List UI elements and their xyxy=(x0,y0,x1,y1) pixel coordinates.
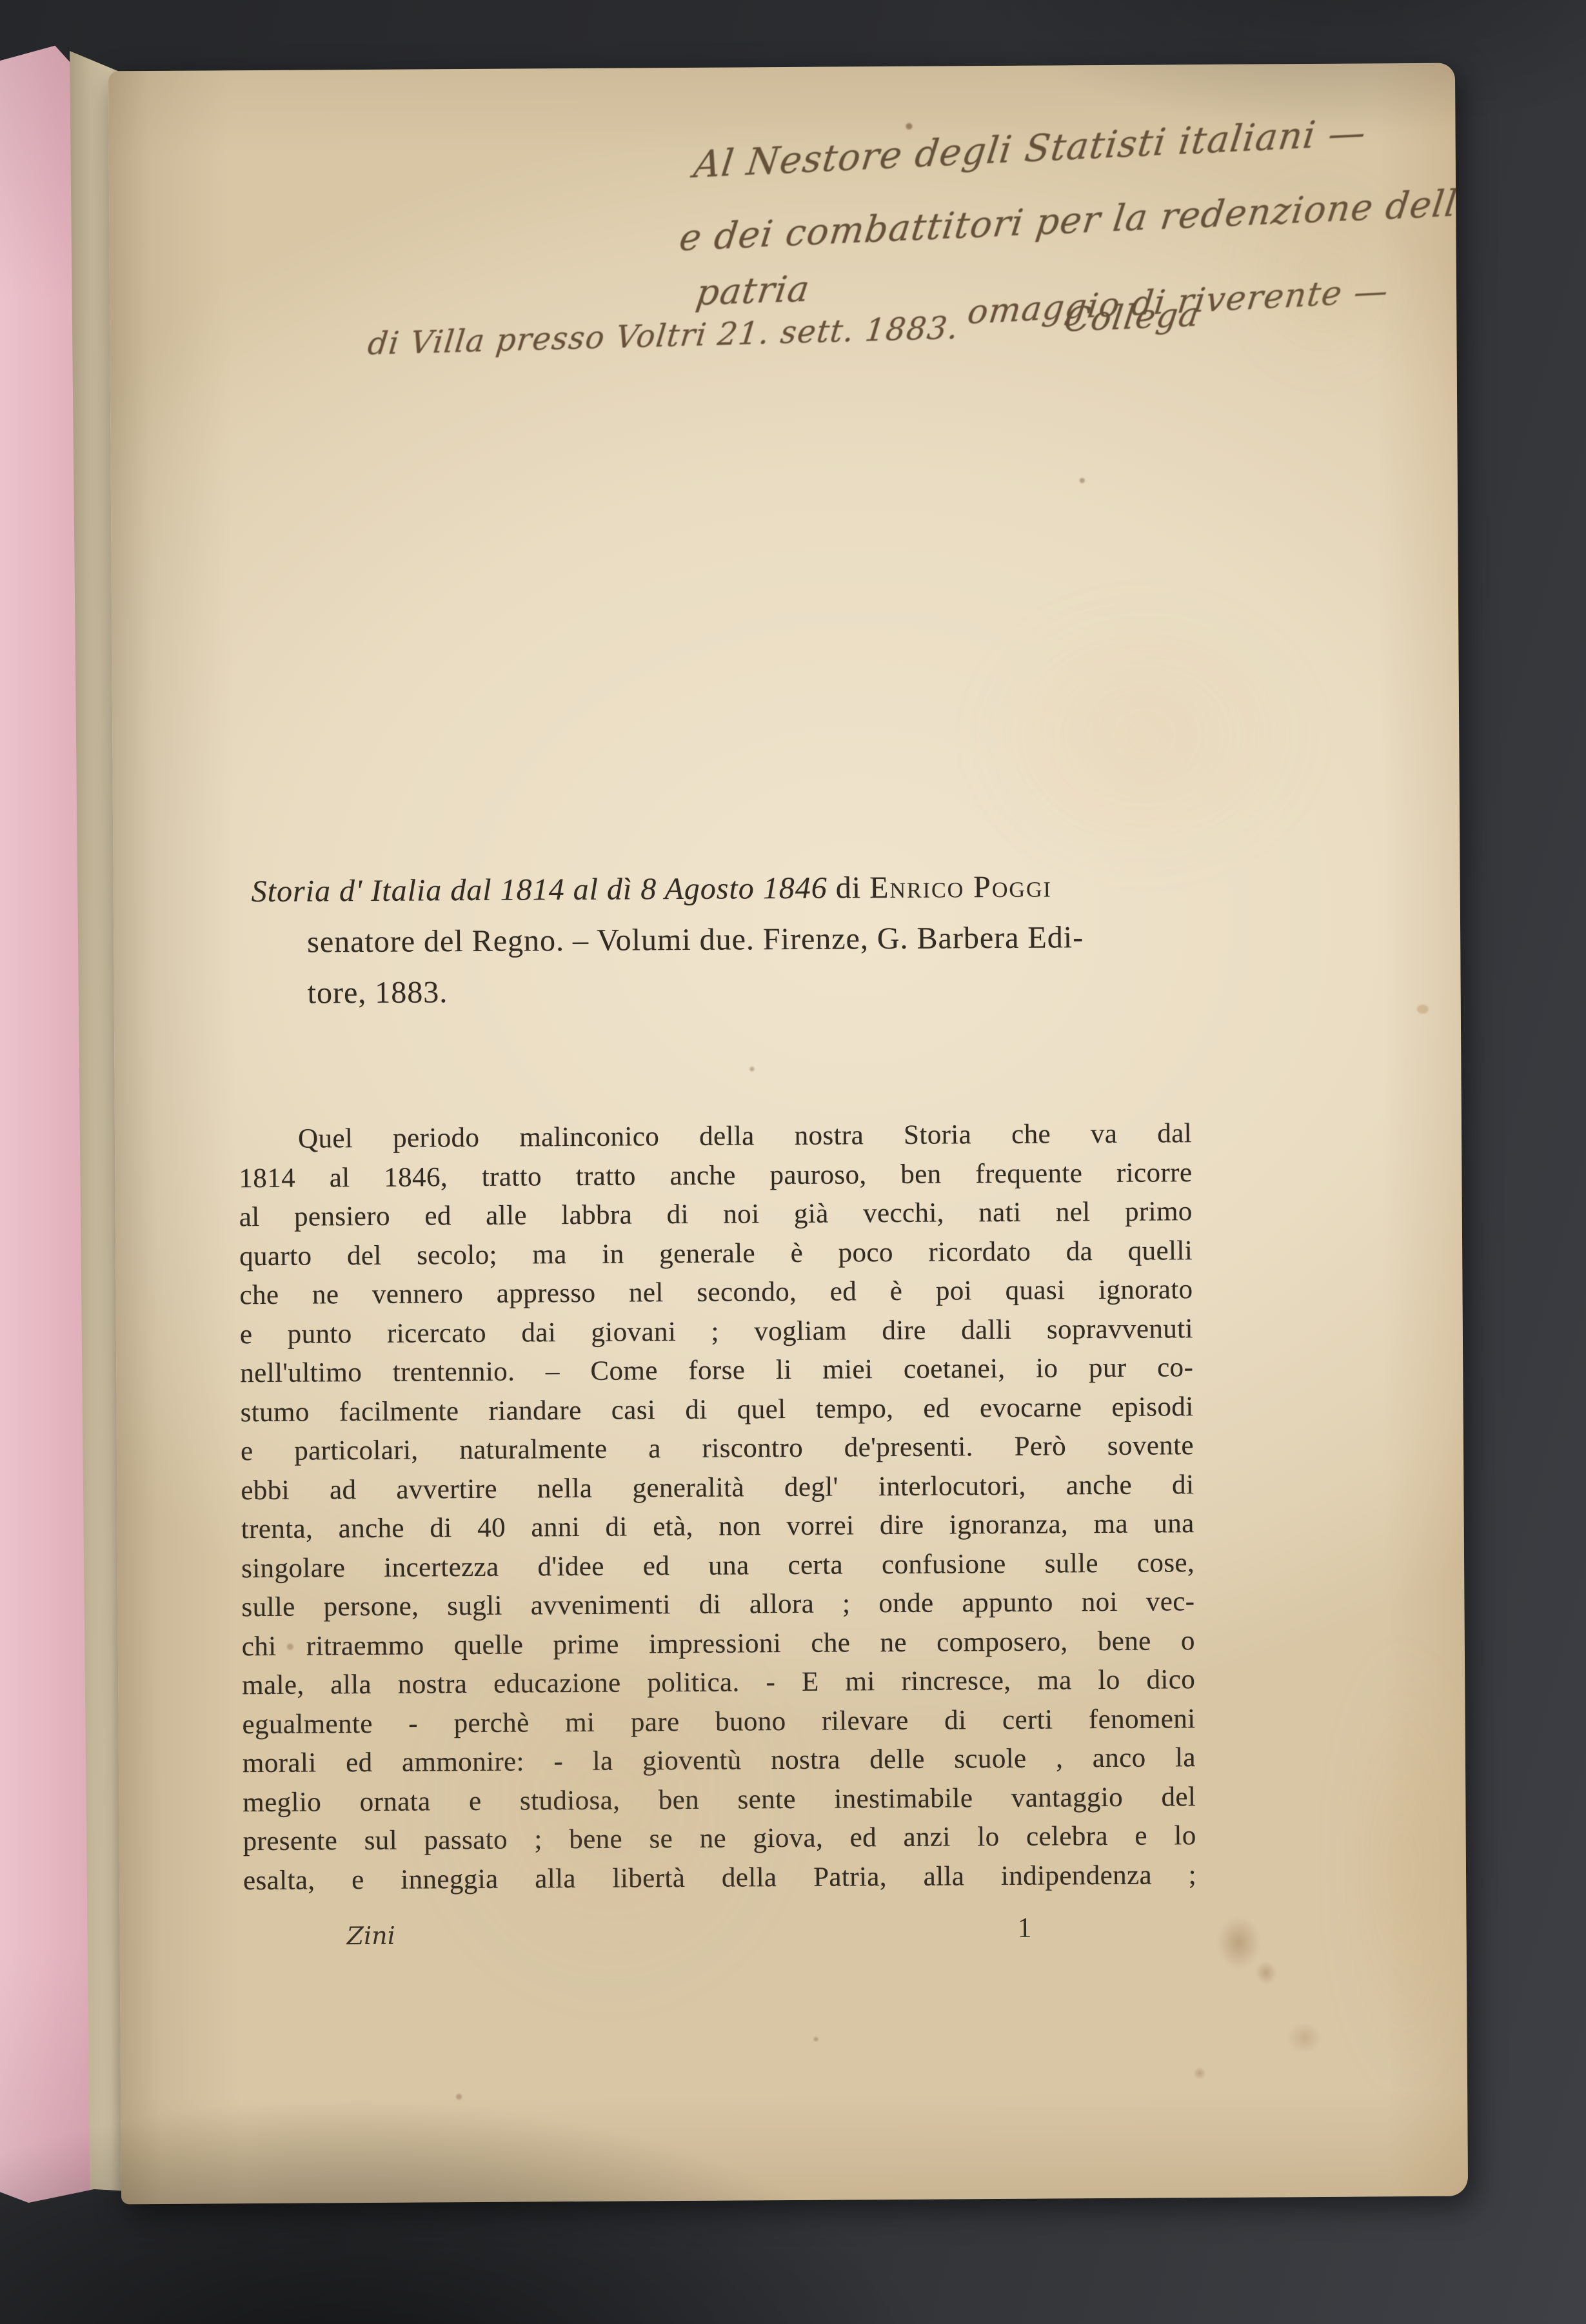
body-line: e particolari, naturalmente a riscontro … xyxy=(241,1426,1194,1472)
handwritten-dedication: Al Nestore degli Statisti italiani — e d… xyxy=(108,63,1455,72)
reference-connector: di xyxy=(836,871,862,905)
body-line: ebbi ad avvertire nella generalità degl'… xyxy=(241,1466,1194,1511)
body-paragraph: Quel periodo malinconico della nostra St… xyxy=(239,1114,1196,1900)
body-line: e punto ricercato dai giovani ; vogliam … xyxy=(240,1310,1193,1355)
body-line: presente sul passato ; bene se ne giova,… xyxy=(243,1817,1196,1862)
body-line: chi ritraemmo quelle prime impressioni c… xyxy=(242,1622,1195,1667)
reference-line-1: Storia d' Italia dal 1814 al dì 8 Agosto… xyxy=(251,860,1187,917)
body-line: egualmente - perchè mi pare buono rileva… xyxy=(242,1700,1195,1745)
dedication-line-1: Al Nestore degli Statisti italiani — xyxy=(691,111,1369,186)
body-line: che ne vennero appresso nel secondo, ed … xyxy=(239,1270,1193,1315)
body-line: sulle persone, sugli avvenimenti di allo… xyxy=(241,1582,1194,1628)
body-line: meglio ornata e studiosa, ben sente ines… xyxy=(243,1778,1196,1823)
body-line: nell'ultimo trentennio. – Come forse li … xyxy=(240,1348,1193,1393)
dedication-signature: Collega xyxy=(1062,295,1202,340)
reference-author: Enrico Poggi xyxy=(869,869,1052,905)
body-line: trenta, anche di 40 anni di età, non vor… xyxy=(241,1504,1194,1550)
body-line: esalta, e inneggia alla libertà della Pa… xyxy=(243,1856,1196,1901)
stain xyxy=(749,1067,754,1071)
stain xyxy=(1281,2018,1327,2058)
body-line: singolare incertezza d'idee ed una certa… xyxy=(241,1544,1194,1589)
dedication-dateline: di Villa presso Voltri 21. sett. 1883. xyxy=(366,310,960,362)
body-line: 1814 al 1846, tratto tratto anche pauros… xyxy=(239,1154,1192,1199)
book-page: Al Nestore degli Statisti italiani — e d… xyxy=(108,63,1468,2205)
body-line: Quel periodo malinconico della nostra St… xyxy=(239,1114,1192,1159)
stain xyxy=(814,2037,818,2042)
reference-title: Storia d' Italia dal 1814 al dì 8 Agosto… xyxy=(252,871,828,909)
photo-background: Al Nestore degli Statisti italiani — e d… xyxy=(0,0,1586,2324)
stain xyxy=(906,123,912,130)
body-line: quarto del secolo; ma in generale è poco… xyxy=(239,1232,1193,1277)
body-line: male, alla nostra educazione politica. -… xyxy=(242,1660,1195,1706)
dedication-line-3: patria xyxy=(694,268,813,313)
stain xyxy=(1417,1005,1429,1014)
signature-mark: Zini xyxy=(346,1922,395,1950)
stain xyxy=(1252,1957,1280,1988)
page-number: 1 xyxy=(1017,1911,1031,1944)
stain xyxy=(1317,1578,1468,2160)
stain xyxy=(456,2094,462,2100)
dedication-line-2: e dei combattitori per la redenzione del… xyxy=(677,181,1468,259)
body-line: al pensiero ed alle labbra di noi già ve… xyxy=(239,1192,1193,1237)
bibliographic-heading: Storia d' Italia dal 1814 al dì 8 Agosto… xyxy=(251,860,1188,1019)
stain xyxy=(1209,1907,1268,1978)
reference-line-3: tore, 1883. xyxy=(252,962,1188,1019)
reference-line-2: senatore del Regno. – Volumi due. Firenz… xyxy=(252,911,1188,968)
stain xyxy=(1080,478,1085,483)
body-line: stumo facilmente riandare casi di quel t… xyxy=(240,1388,1193,1433)
stain xyxy=(1191,2065,1208,2082)
body-line: morali ed ammonire: - la gioventù nostra… xyxy=(243,1738,1196,1784)
